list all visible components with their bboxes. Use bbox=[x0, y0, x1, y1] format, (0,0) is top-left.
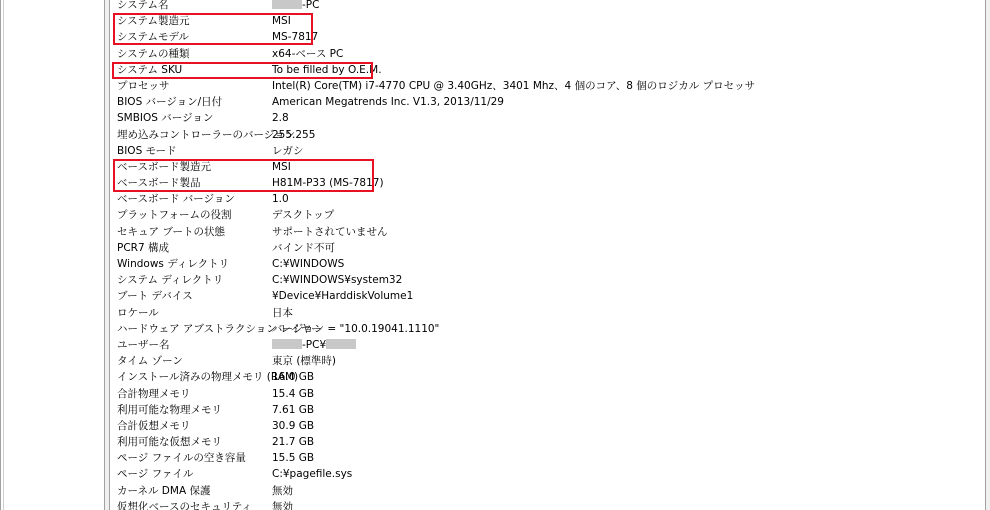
row-platform-role[interactable]: プラットフォームの役割 デスクトップ bbox=[110, 207, 985, 223]
row-baseboard-manufacturer[interactable]: ベースボード製造元 MSI bbox=[110, 159, 985, 175]
item-value: 無効 bbox=[272, 499, 293, 510]
row-system-model[interactable]: システムモデル MS-7817 bbox=[110, 29, 985, 45]
item-value: デスクトップ bbox=[272, 207, 334, 223]
item-label: BIOS バージョン/日付 bbox=[117, 94, 222, 110]
item-label: PCR7 構成 bbox=[117, 240, 169, 256]
row-boot-device[interactable]: ブート デバイス ¥Device¥HarddiskVolume1 bbox=[110, 288, 985, 304]
item-label: 埋め込みコントローラーのバージョン bbox=[117, 127, 295, 143]
item-value: MSI bbox=[272, 159, 291, 175]
item-label: ベースボード製造元 bbox=[117, 159, 211, 175]
window-edge bbox=[986, 0, 990, 510]
item-label: タイム ゾーン bbox=[117, 353, 183, 369]
item-label: システムモデル bbox=[117, 29, 189, 45]
item-value: 255.255 bbox=[272, 127, 315, 143]
row-bios-version[interactable]: BIOS バージョン/日付 American Megatrends Inc. V… bbox=[110, 94, 985, 110]
item-label: 利用可能な仮想メモリ bbox=[117, 434, 222, 450]
row-total-physical-memory[interactable]: 合計物理メモリ 15.4 GB bbox=[110, 386, 985, 402]
item-label: カーネル DMA 保護 bbox=[117, 483, 210, 499]
row-system-sku[interactable]: システム SKU To be filled by O.E.M. bbox=[110, 62, 985, 78]
item-label: ユーザー名 bbox=[117, 337, 170, 353]
item-value: x64-ベース PC bbox=[272, 46, 343, 62]
row-system-name[interactable]: システム名 -PC bbox=[110, 0, 985, 13]
row-ec-version[interactable]: 埋め込みコントローラーのバージョン 255.255 bbox=[110, 127, 985, 143]
item-label: SMBIOS バージョン bbox=[117, 110, 213, 126]
redacted-region bbox=[272, 0, 302, 9]
item-label: BIOS モード bbox=[117, 143, 177, 159]
item-value: MS-7817 bbox=[272, 29, 318, 45]
redacted-region bbox=[326, 339, 356, 349]
item-value: 2.8 bbox=[272, 110, 289, 126]
item-label: インストール済みの物理メモリ (RAM) bbox=[117, 369, 298, 385]
item-value: 15.4 GB bbox=[272, 386, 314, 402]
item-value: C:¥WINDOWS¥system32 bbox=[272, 272, 402, 288]
item-value: 16.0 GB bbox=[272, 369, 314, 385]
row-page-file-space[interactable]: ページ ファイルの空き容量 15.5 GB bbox=[110, 450, 985, 466]
row-kernel-dma[interactable]: カーネル DMA 保護 無効 bbox=[110, 483, 985, 499]
item-label: ページ ファイルの空き容量 bbox=[117, 450, 246, 466]
summary-rows: システム名 -PC システム製造元 MSI システムモデル MS-7817 シス… bbox=[110, 0, 985, 510]
item-value: 21.7 GB bbox=[272, 434, 314, 450]
item-value: 7.61 GB bbox=[272, 402, 314, 418]
item-value: バージョン = "10.0.19041.1110" bbox=[272, 321, 439, 337]
row-windows-directory[interactable]: Windows ディレクトリ C:¥WINDOWS bbox=[110, 256, 985, 272]
item-value: 15.5 GB bbox=[272, 450, 314, 466]
item-value: 30.9 GB bbox=[272, 418, 314, 434]
item-label: ベースボード バージョン bbox=[117, 191, 235, 207]
system-summary-list[interactable]: システム名 -PC システム製造元 MSI システムモデル MS-7817 シス… bbox=[109, 0, 986, 510]
row-available-physical-memory[interactable]: 利用可能な物理メモリ 7.61 GB bbox=[110, 402, 985, 418]
row-pcr7[interactable]: PCR7 構成 バインド不可 bbox=[110, 240, 985, 256]
row-processor[interactable]: プロセッサ Intel(R) Core(TM) i7-4770 CPU @ 3.… bbox=[110, 78, 985, 94]
item-value: 東京 (標準時) bbox=[272, 353, 336, 369]
item-label: ページ ファイル bbox=[117, 466, 193, 482]
item-value: サポートされていません bbox=[272, 224, 388, 240]
item-label: ロケール bbox=[117, 305, 159, 321]
redacted-region bbox=[272, 339, 302, 349]
row-total-virtual-memory[interactable]: 合計仮想メモリ 30.9 GB bbox=[110, 418, 985, 434]
row-locale[interactable]: ロケール 日本 bbox=[110, 305, 985, 321]
row-bios-mode[interactable]: BIOS モード レガシ bbox=[110, 143, 985, 159]
item-value: To be filled by O.E.M. bbox=[272, 62, 382, 78]
category-tree-pane[interactable] bbox=[0, 0, 105, 510]
row-system-type[interactable]: システムの種類 x64-ベース PC bbox=[110, 46, 985, 62]
row-installed-ram[interactable]: インストール済みの物理メモリ (RAM) 16.0 GB bbox=[110, 369, 985, 385]
row-baseboard-product[interactable]: ベースボード製品 H81M-P33 (MS-7817) bbox=[110, 175, 985, 191]
item-label: システム ディレクトリ bbox=[117, 272, 223, 288]
row-hal[interactable]: ハードウェア アブストラクション レイヤー バージョン = "10.0.1904… bbox=[110, 321, 985, 337]
item-value: バインド不可 bbox=[272, 240, 335, 256]
row-system-manufacturer[interactable]: システム製造元 MSI bbox=[110, 13, 985, 29]
row-smbios-version[interactable]: SMBIOS バージョン 2.8 bbox=[110, 110, 985, 126]
item-value: レガシ bbox=[272, 143, 304, 159]
item-label: 利用可能な物理メモリ bbox=[117, 402, 222, 418]
item-label: 合計仮想メモリ bbox=[117, 418, 191, 434]
item-label: 仮想化ベースのセキュリティ bbox=[117, 499, 252, 510]
item-label: ベースボード製品 bbox=[117, 175, 200, 191]
item-label: プロセッサ bbox=[117, 78, 170, 94]
row-page-file[interactable]: ページ ファイル C:¥pagefile.sys bbox=[110, 466, 985, 482]
item-value: C:¥pagefile.sys bbox=[272, 466, 352, 482]
row-vbs[interactable]: 仮想化ベースのセキュリティ 無効 bbox=[110, 499, 985, 510]
item-label: システムの種類 bbox=[117, 46, 189, 62]
row-baseboard-version[interactable]: ベースボード バージョン 1.0 bbox=[110, 191, 985, 207]
item-label: セキュア ブートの状態 bbox=[117, 224, 225, 240]
item-value: 日本 bbox=[272, 305, 293, 321]
item-value: C:¥WINDOWS bbox=[272, 256, 344, 272]
item-value: MSI bbox=[272, 13, 291, 29]
row-system-directory[interactable]: システム ディレクトリ C:¥WINDOWS¥system32 bbox=[110, 272, 985, 288]
item-value: -PC¥ bbox=[272, 337, 356, 353]
item-label: Windows ディレクトリ bbox=[117, 256, 229, 272]
item-label: プラットフォームの役割 bbox=[117, 207, 231, 223]
item-value: -PC bbox=[272, 0, 319, 13]
item-label: システム SKU bbox=[117, 62, 182, 78]
row-user-name[interactable]: ユーザー名 -PC¥ bbox=[110, 337, 985, 353]
item-label: ブート デバイス bbox=[117, 288, 193, 304]
item-label: システム名 bbox=[117, 0, 168, 13]
row-time-zone[interactable]: タイム ゾーン 東京 (標準時) bbox=[110, 353, 985, 369]
item-value: 1.0 bbox=[272, 191, 289, 207]
item-value: 無効 bbox=[272, 483, 293, 499]
item-value: ¥Device¥HarddiskVolume1 bbox=[272, 288, 413, 304]
item-value: H81M-P33 (MS-7817) bbox=[272, 175, 384, 191]
item-label: 合計物理メモリ bbox=[117, 386, 191, 402]
item-value: American Megatrends Inc. V1.3, 2013/11/2… bbox=[272, 94, 504, 110]
item-value: Intel(R) Core(TM) i7-4770 CPU @ 3.40GHz、… bbox=[272, 78, 755, 94]
row-available-virtual-memory[interactable]: 利用可能な仮想メモリ 21.7 GB bbox=[110, 434, 985, 450]
row-secure-boot[interactable]: セキュア ブートの状態 サポートされていません bbox=[110, 224, 985, 240]
item-label: システム製造元 bbox=[117, 13, 189, 29]
